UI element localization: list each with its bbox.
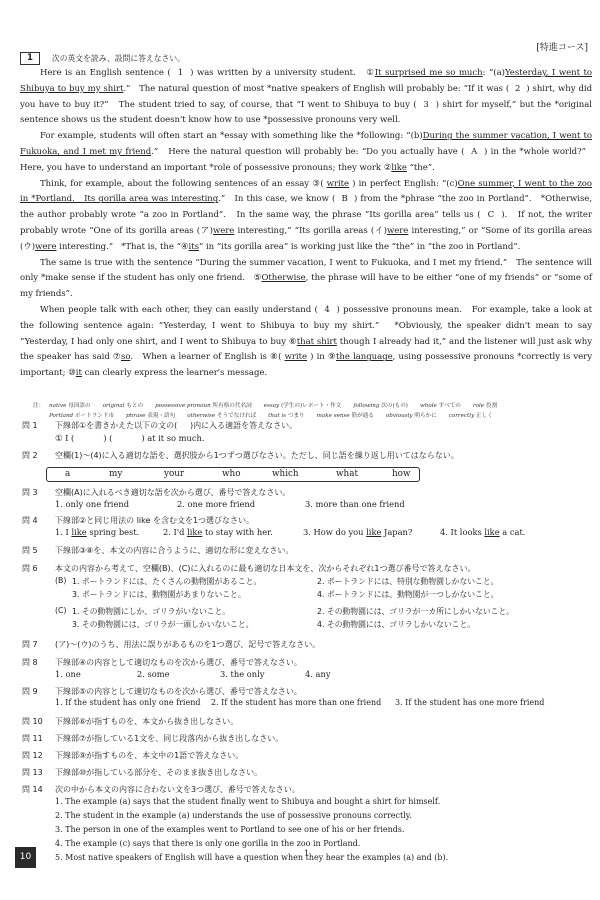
underline-4: its bbox=[189, 242, 199, 252]
question-11: 問 11下線部⑦が指している1文を、同じ段落内から抜き出しなさい。 bbox=[22, 733, 592, 744]
note-term: role bbox=[473, 403, 484, 409]
text: Here is an English sentence ( 1 ) was wr… bbox=[40, 68, 375, 78]
note-gloss: 正しく bbox=[476, 413, 493, 419]
paragraph-2: For example, students will often start a… bbox=[20, 129, 592, 176]
option: 3. ポートランドには、動物園があまりないこと。 bbox=[72, 589, 246, 600]
text: Japan? bbox=[381, 527, 412, 537]
blank-B-label: (B) bbox=[55, 576, 66, 585]
page-number: 1 bbox=[304, 849, 309, 858]
text: “the”. bbox=[407, 163, 435, 173]
blank-C-label: (C) bbox=[55, 606, 67, 615]
notes-label: 注： bbox=[33, 401, 49, 411]
question-text: 空欄(1)〜(4)に入る適切な語を、選択肢から1つずつ選びなさい。ただし、同じ語… bbox=[55, 451, 459, 460]
question-text: 下線部⑨が指すものを、本文中の1語で答えなさい。 bbox=[55, 751, 243, 760]
question-label: 問 1 bbox=[22, 420, 55, 431]
question-text: 次の中から本文の内容に合わない文を3つ選び、番号で答えなさい。 bbox=[55, 785, 300, 794]
option: 4. any bbox=[305, 669, 331, 679]
option: 1. The example (a) says that the student… bbox=[55, 797, 440, 806]
text: can clearly express the learner's messag… bbox=[82, 368, 267, 378]
option: 2. one more friend bbox=[177, 499, 255, 509]
option: 1. one bbox=[55, 669, 81, 679]
question-text: 下線部⑥が指すものを、本文から抜き出しなさい。 bbox=[55, 717, 238, 726]
note-gloss: 所有格の代名詞 bbox=[213, 403, 252, 409]
instruction-text: 次の英文を読み、設問に答えなさい。 bbox=[52, 53, 185, 64]
question-2: 問 2空欄(1)〜(4)に入る適切な語を、選択肢から1つずつ選びなさい。ただし、… bbox=[22, 450, 592, 461]
underline-5: Otherwise bbox=[261, 273, 305, 283]
note-term: otherwise bbox=[187, 413, 215, 419]
note: whole すべての bbox=[420, 401, 461, 411]
choice-word: how bbox=[392, 468, 411, 481]
paragraph-3: Think, for example, about the following … bbox=[20, 177, 592, 256]
note-gloss: (学生の)レポート・作文 bbox=[281, 403, 341, 409]
note-term: native bbox=[49, 403, 66, 409]
notes-row-1: 注： native 母国語の original もとの possessive p… bbox=[33, 401, 593, 411]
note-gloss: 表現・語句 bbox=[147, 413, 175, 419]
question-label: 問 5 bbox=[22, 545, 55, 556]
option: 2. some bbox=[137, 669, 170, 679]
question-label: 問 14 bbox=[22, 784, 55, 795]
option: 3. If the student has one more friend bbox=[395, 698, 544, 707]
option: 4. その動物園には、ゴリラしかいないこと。 bbox=[317, 619, 475, 630]
text: spring best. bbox=[87, 527, 140, 537]
option: 4. It looks like a cat. bbox=[440, 527, 525, 537]
question-4: 問 4下線部②と同じ用法の like を含む文を1つ選びなさい。 bbox=[22, 515, 592, 526]
page-badge: 10 bbox=[15, 847, 36, 868]
option: 1. その動物園にしか、ゴリラがいないこと。 bbox=[72, 606, 230, 617]
note-gloss: ポートランド市 bbox=[75, 413, 114, 419]
question-12: 問 12下線部⑨が指すものを、本文中の1語で答えなさい。 bbox=[22, 750, 592, 761]
question-header: 1 次の英文を読み、設問に答えなさい。 bbox=[20, 52, 185, 65]
note: role 役割 bbox=[473, 401, 497, 411]
word-choice-box: a my your who which what how bbox=[46, 467, 420, 482]
question-9: 問 9下線部⑤の内容として適切なものを次から選び、番号で答えなさい。 bbox=[22, 686, 592, 697]
option: 2. If the student has more than one frie… bbox=[211, 698, 381, 707]
question-label: 問 2 bbox=[22, 450, 55, 461]
note-gloss: そうでなければ bbox=[217, 413, 256, 419]
note-gloss: すべての bbox=[439, 403, 461, 409]
text: Think, for example, about the following … bbox=[40, 179, 327, 189]
underline-8: write bbox=[285, 352, 307, 362]
option: 2. その動物園には、ゴリラが一カ所にしかいないこと。 bbox=[317, 606, 514, 617]
choice-word: what bbox=[336, 468, 358, 481]
question-label: 問 11 bbox=[22, 733, 55, 744]
note-term: that is bbox=[268, 413, 286, 419]
underlined-like: like bbox=[484, 527, 499, 537]
text: 2. I'd bbox=[163, 527, 187, 537]
note-gloss: 筋が通る bbox=[351, 413, 373, 419]
text: ) in perfect English: “(c) bbox=[349, 179, 458, 189]
option: 3. その動物園には、ゴリラが一頭しかいないこと。 bbox=[72, 619, 253, 630]
reading-passage: Here is an English sentence ( 1 ) was wr… bbox=[20, 66, 592, 382]
note-gloss: 母国語の bbox=[68, 403, 90, 409]
underline-7: so bbox=[121, 352, 130, 362]
note-gloss: 明らかに bbox=[414, 413, 436, 419]
question-label: 問 9 bbox=[22, 686, 55, 697]
note-term: phrase bbox=[126, 413, 145, 419]
question-text: 下線部⑦が指している1文を、同じ段落内から抜き出しなさい。 bbox=[55, 734, 283, 743]
question-label: 問 13 bbox=[22, 767, 55, 778]
note-gloss: 次の(もの) bbox=[381, 403, 408, 409]
text: . When a learner of English is ⑧( bbox=[130, 352, 284, 362]
choice-word: my bbox=[109, 468, 122, 481]
choice-word: who bbox=[222, 468, 241, 481]
option: 2. I'd like to stay with her. bbox=[163, 527, 273, 537]
note-term: original bbox=[103, 403, 125, 409]
note: essay (学生の)レポート・作文 bbox=[264, 401, 342, 411]
text: a cat. bbox=[500, 527, 526, 537]
option: 3. The person in one of the examples wen… bbox=[55, 825, 405, 834]
option: 5. Most native speakers of English will … bbox=[55, 853, 448, 862]
question-text: 下線部①を書きかえた以下の文の( )内に入る適語を答えなさい。 bbox=[55, 421, 297, 430]
question-5: 問 5下線部③⑧を、本文の内容に合うように、適切な形に変えなさい。 bbox=[22, 545, 592, 556]
text: ) in ⑨ bbox=[307, 352, 336, 362]
note-term: possessive pronoun bbox=[155, 403, 211, 409]
underlined-like: like bbox=[187, 527, 202, 537]
option: 2. The student in the example (a) unders… bbox=[55, 811, 412, 820]
underline-2: like bbox=[391, 163, 407, 173]
option: 4. ポートランドには、動物園が一つしかないこと。 bbox=[317, 589, 498, 600]
question-label: 問 6 bbox=[22, 563, 55, 574]
text: interesting.” *That is, the “④ bbox=[56, 242, 188, 252]
vocabulary-notes: 注： native 母国語の original もとの possessive p… bbox=[33, 401, 593, 421]
question-label: 問 7 bbox=[22, 639, 55, 650]
choice-word: which bbox=[272, 468, 299, 481]
question-label: 問 12 bbox=[22, 750, 55, 761]
question-text: 下線部⑤の内容として適切なものを次から選び、番号で答えなさい。 bbox=[55, 687, 302, 696]
question-3: 問 3空欄(A)に入れるべき適切な語を次から選び、番号で答えなさい。 bbox=[22, 487, 592, 498]
exam-page: [特進コース] 1 次の英文を読み、設問に答えなさい。 Here is an E… bbox=[0, 0, 600, 900]
paragraph-1: Here is an English sentence ( 1 ) was wr… bbox=[20, 66, 592, 129]
underline-a: were bbox=[213, 226, 234, 236]
question-label: 問 8 bbox=[22, 657, 55, 668]
question-text: 下線部⑩が指している部分を、そのまま抜き出しなさい。 bbox=[55, 768, 262, 777]
question-text: 空欄(A)に入れるべき適切な語を次から選び、番号で答えなさい。 bbox=[55, 488, 290, 497]
option: 1. If the student has only one friend bbox=[55, 698, 200, 707]
option: 3. the only bbox=[220, 669, 264, 679]
question-1: 問 1下線部①を書きかえた以下の文の( )内に入る適語を答えなさい。 bbox=[22, 420, 592, 431]
paragraph-4: The same is true with the sentence “Duri… bbox=[20, 256, 592, 303]
question-text: 本文の内容から考えて、空欄(B)、(C)に入れるのに最も適切な日本文を、次からそ… bbox=[55, 564, 475, 573]
note: following 次の(もの) bbox=[353, 401, 408, 411]
option: 1. I like spring best. bbox=[55, 527, 139, 537]
question-number-box: 1 bbox=[20, 52, 40, 65]
note-term: following bbox=[353, 403, 379, 409]
note-term: essay bbox=[264, 403, 280, 409]
rewrite-sentence: ① I ( ) ( ) at it so much. bbox=[55, 433, 205, 443]
question-text: 下線部②と同じ用法の like を含む文を1つ選びなさい。 bbox=[55, 516, 254, 525]
text: 4. It looks bbox=[440, 527, 484, 537]
question-text: 下線部③⑧を、本文の内容に合うように、適切な形に変えなさい。 bbox=[55, 546, 293, 555]
text: For example, students will often start a… bbox=[40, 131, 423, 141]
underline-6: that shirt bbox=[297, 337, 337, 347]
question-label: 問 4 bbox=[22, 515, 55, 526]
option: 3. How do you like Japan? bbox=[303, 527, 412, 537]
underlined-like: like bbox=[71, 527, 86, 537]
text: 1. I bbox=[55, 527, 71, 537]
option: 4. The example (c) says that there is on… bbox=[55, 839, 360, 848]
choice-word: your bbox=[164, 468, 184, 481]
option: 1. only one friend bbox=[55, 499, 129, 509]
text: ” in “its gorilla area” is working just … bbox=[199, 242, 520, 252]
note: possessive pronoun 所有格の代名詞 bbox=[155, 401, 252, 411]
note: native 母国語の bbox=[49, 401, 91, 411]
question-13: 問 13下線部⑩が指している部分を、そのまま抜き出しなさい。 bbox=[22, 767, 592, 778]
question-text: (ア)〜(ウ)のうち、用法に誤りがあるものを1つ選び、記号で答えなさい。 bbox=[55, 640, 320, 649]
course-label: [特進コース] bbox=[536, 40, 588, 53]
text: : “(a) bbox=[483, 68, 505, 78]
text: interesting,” “Its gorilla areas (イ) bbox=[234, 226, 387, 236]
text: to stay with her. bbox=[202, 527, 272, 537]
question-label: 問 10 bbox=[22, 716, 55, 727]
option: 2. ポートランドには、特別な動物園しかないこと。 bbox=[317, 576, 498, 587]
note-gloss: つまり bbox=[288, 413, 305, 419]
question-8: 問 8下線部④の内容として適切なものを次から選び、番号で答えなさい。 bbox=[22, 657, 592, 668]
underline-i: were bbox=[387, 226, 408, 236]
question-7: 問 7(ア)〜(ウ)のうち、用法に誤りがあるものを1つ選び、記号で答えなさい。 bbox=[22, 639, 592, 650]
question-10: 問 10下線部⑥が指すものを、本文から抜き出しなさい。 bbox=[22, 716, 592, 727]
question-14: 問 14次の中から本文の内容に合わない文を3つ選び、番号で答えなさい。 bbox=[22, 784, 592, 795]
underline-3: write bbox=[327, 179, 349, 189]
underlined-like: like bbox=[366, 527, 381, 537]
note-term: make sense bbox=[317, 413, 350, 419]
question-text: 下線部④の内容として適切なものを次から選び、番号で答えなさい。 bbox=[55, 658, 302, 667]
note-term: correctly bbox=[449, 413, 475, 419]
option: 1. ポートランドには、たくさんの動物園があること。 bbox=[72, 576, 261, 587]
underline-1: It surprised me so much bbox=[375, 68, 483, 78]
option: 3. more than one friend bbox=[305, 499, 405, 509]
choice-word: a bbox=[65, 468, 70, 481]
note-term: Portland bbox=[49, 413, 73, 419]
note: original もとの bbox=[103, 401, 144, 411]
note-term: obviously bbox=[386, 413, 413, 419]
note-gloss: もとの bbox=[126, 403, 143, 409]
question-label: 問 3 bbox=[22, 487, 55, 498]
note-gloss: 役割 bbox=[486, 403, 497, 409]
note-term: whole bbox=[420, 403, 437, 409]
question-6: 問 6本文の内容から考えて、空欄(B)、(C)に入れるのに最も適切な日本文を、次… bbox=[22, 563, 592, 574]
text: 3. How do you bbox=[303, 527, 366, 537]
underline-9: the language bbox=[336, 352, 393, 362]
underline-u: were bbox=[35, 242, 56, 252]
paragraph-5: When people talk with each other, they c… bbox=[20, 303, 592, 382]
